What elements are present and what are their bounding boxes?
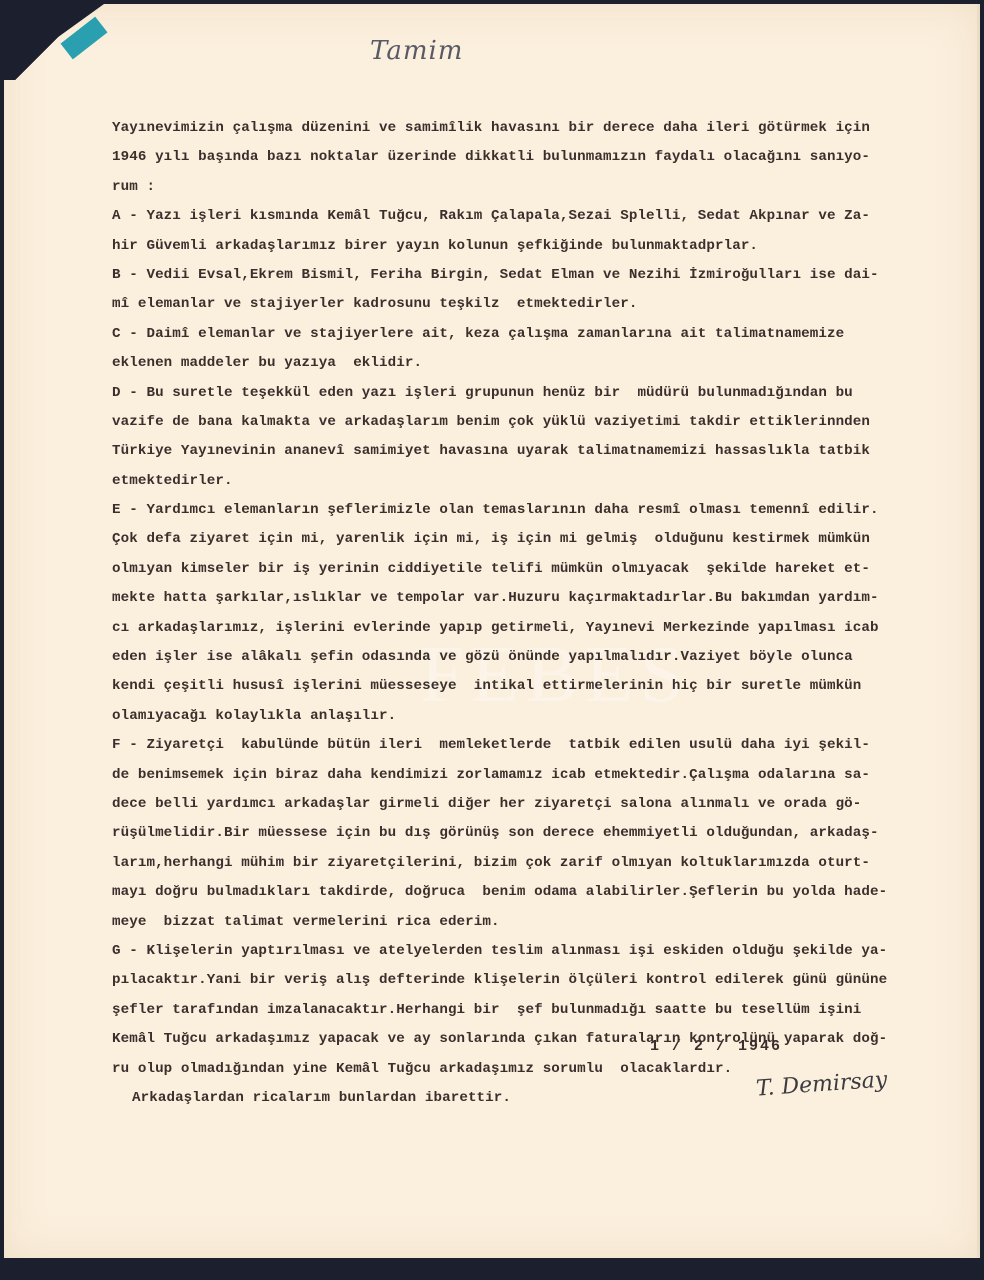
paragraph-intro: Yayınevimizin çalışma düzenini ve samimî… xyxy=(112,114,962,202)
text-line: mî elemanlar ve stajiyerler kadrosunu te… xyxy=(112,290,962,319)
text-line: eklenen maddeler bu yazıya eklidir. xyxy=(112,349,962,378)
text-line: de benimsemek için biraz daha kendimizi … xyxy=(112,761,962,790)
text-line: larım,herhangi mühim bir ziyaretçilerini… xyxy=(112,849,962,878)
paragraph-b: B - Vedii Evsal,Ekrem Bismil, Feriha Bir… xyxy=(112,261,962,320)
text-line: B - Vedii Evsal,Ekrem Bismil, Feriha Bir… xyxy=(112,261,962,290)
handwritten-title: Tamim xyxy=(370,36,463,66)
sheet-edge xyxy=(977,4,980,1258)
text-line: vazife de bana kalmakta ve arkadaşlarım … xyxy=(112,408,962,437)
text-line: olmıyan kimseler bir iş yerinin ciddiyet… xyxy=(112,555,962,584)
text-line: D - Bu suretle teşekkül eden yazı işleri… xyxy=(112,379,962,408)
paragraph-f: F - Ziyaretçi kabulünde bütün ileri meml… xyxy=(112,731,962,937)
text-line: hir Güvemli arkadaşlarımız birer yayın k… xyxy=(112,232,962,261)
text-line: E - Yardımcı elemanların şeflerimizle ol… xyxy=(112,496,962,525)
text-line: eden işler ise alâkalı şefin odasında ve… xyxy=(112,643,962,672)
text-line: C - Daimî elemanlar ve stajiyerlere ait,… xyxy=(112,320,962,349)
paragraph-d: D - Bu suretle teşekkül eden yazı işleri… xyxy=(112,379,962,497)
text-line: 1946 yılı başında bazı noktalar üzerinde… xyxy=(112,143,962,172)
text-line: meye bizzat talimat vermelerini rica ede… xyxy=(112,908,962,937)
text-line: mekte hatta şarkılar,ıslıklar ve tempola… xyxy=(112,584,962,613)
paragraph-g: G - Klişelerin yaptırılması ve atelyeler… xyxy=(112,937,962,1084)
text-line: olamıyacağı kolaylıkla anlaşılır. xyxy=(112,702,962,731)
text-line: cı arkadaşlarımız, işlerini evlerinde ya… xyxy=(112,614,962,643)
text-line: G - Klişelerin yaptırılması ve atelyeler… xyxy=(112,937,962,966)
text-line: pılacaktır.Yani bir veriş alış defterind… xyxy=(112,966,962,995)
text-line: Çok defa ziyaret için mi, yarenlik için … xyxy=(112,525,962,554)
text-line: rum : xyxy=(112,173,962,202)
text-line: Kemâl Tuğcu arkadaşımız yapacak ve ay so… xyxy=(112,1025,962,1054)
scan-background xyxy=(0,1258,984,1280)
text-line: dece belli yardımcı arkadaşlar girmeli d… xyxy=(112,790,962,819)
text-line: şefler tarafından imzalanacaktır.Herhang… xyxy=(112,996,962,1025)
document-body: Yayınevimizin çalışma düzenini ve samimî… xyxy=(112,114,962,1113)
text-line: rüşülmelidir.Bir müessese için bu dış gö… xyxy=(112,819,962,848)
paragraph-e: E - Yardımcı elemanların şeflerimizle ol… xyxy=(112,496,962,731)
text-line: F - Ziyaretçi kabulünde bütün ileri meml… xyxy=(112,731,962,760)
text-line: mayı doğru bulmadıkları takdirde, doğruc… xyxy=(112,878,962,907)
text-line: Türkiye Yayınevinin ananevî samimiyet ha… xyxy=(112,437,962,466)
document-date: 1 / 2 / 1946 xyxy=(650,1038,782,1055)
text-line: Yayınevimizin çalışma düzenini ve samimî… xyxy=(112,114,962,143)
text-line: A - Yazı işleri kısmında Kemâl Tuğcu, Ra… xyxy=(112,202,962,231)
text-line: kendi çeşitli hususî işlerini müesseseye… xyxy=(112,672,962,701)
text-line: etmektedirler. xyxy=(112,467,962,496)
paragraph-a: A - Yazı işleri kısmında Kemâl Tuğcu, Ra… xyxy=(112,202,962,261)
paragraph-c: C - Daimî elemanlar ve stajiyerlere ait,… xyxy=(112,320,962,379)
